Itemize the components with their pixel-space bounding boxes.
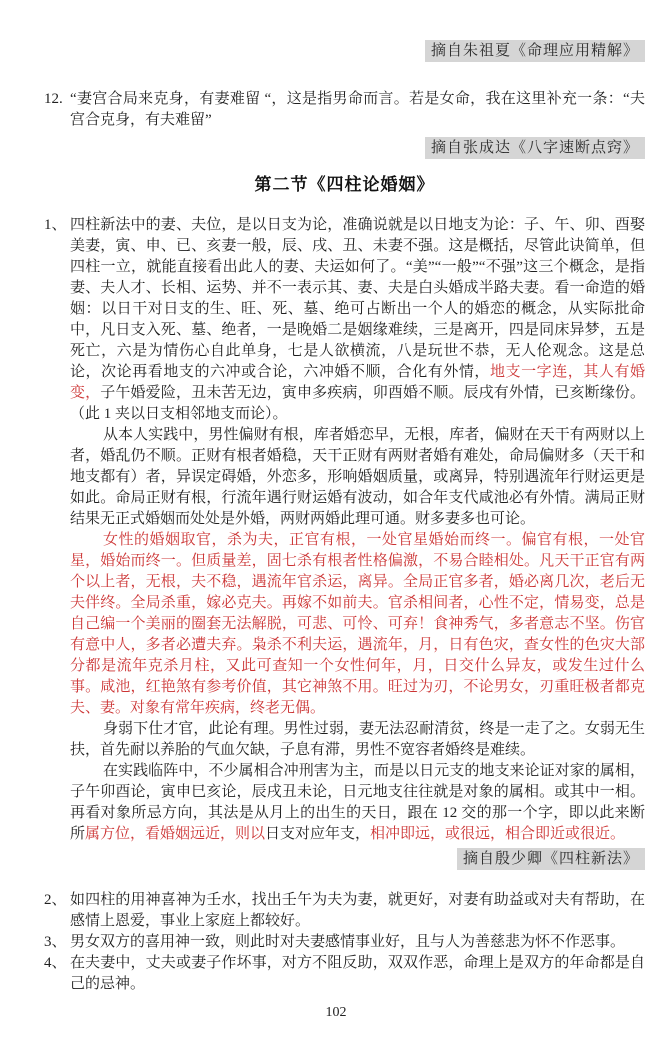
attribution-source-zhang-chengda: 摘自张成达《八字速断点窍》 [425,137,645,159]
document-page: 摘自朱祖夏《命理应用精解》 12. “妻宫合局来克身，有妻难留 “，这是指男命而… [0,0,672,1039]
item-2-text: 如四柱的用神喜神为壬水，找出壬午为夫为妻，就更好，对妻有助益或对夫有帮助，在感情… [70,890,645,932]
item-3-number: 3、 [44,932,70,953]
item-12-text: “妻宫合局来克身，有妻难留 “，这是指男命而言。若是女命，我在这里补充一条：“夫… [70,89,645,131]
list-item-2: 2、 如四柱的用神喜神为壬水，找出壬午为夫为妻，就更好，对妻有助益或对夫有帮助，… [44,890,645,932]
item-1-number: 1、 [44,215,70,236]
item-1-body: 四柱新法中的妻、夫位，是以日支为论，准确说就是以日地支为论：子、午、卯、酉娶美妻… [70,215,645,845]
item-3-text: 男女双方的喜用神一致，则此时对夫妻感情事业好，且与人为善慈悲为怀不作恶事。 [70,932,645,953]
item-4-number: 4、 [44,953,70,974]
text-segment-red: 相冲即远，或很远，相合即近或很近。 [370,826,625,842]
paragraph-zodiac-direction: 在实践临阵中，不少属相合冲刑害为主，而是以日元支的地支来论证对家的属相，子午卯酉… [70,761,645,845]
attribution-row-2: 摘自张成达《八字速断点窍》 [44,137,645,159]
item-12-number: 12. [44,89,70,110]
list-item-12: 12. “妻宫合局来克身，有妻难留 “，这是指男命而言。若是女命，我在这里补充一… [44,89,645,131]
attribution-source-zhu-zuxia: 摘自朱祖夏《命理应用精解》 [425,40,645,62]
text-segment: 四柱新法中的妻、夫位，是以日支为论，准确说就是以日地支为论：子、午、卯、酉娶美妻… [70,217,645,380]
text-segment: 日支对应年支， [265,826,370,842]
section-heading: 第二节《四柱论婚姻》 [44,173,645,197]
text-segment-red: 属方位，看婚姻远近，则以 [85,826,265,842]
attribution-row-1: 摘自朱祖夏《命理应用精解》 [44,40,645,62]
paragraph-weak-day-master: 身弱下仕才官，此论有理。男性过弱，妻无法忍耐清贫，终是一走了之。女弱无生扶，首先… [70,719,645,761]
attribution-row-3: 摘自殷少卿《四柱新法》 [44,848,645,870]
paragraph-marriage-overview: 四柱新法中的妻、夫位，是以日支为论，准确说就是以日地支为论：子、午、卯、酉娶美妻… [70,215,645,425]
item-4-text: 在夫妻中，丈夫或妻子作坏事，对方不阻反助，双双作恶，命理上是双方的年命都是自己的… [70,953,645,995]
list-item-4: 4、 在夫妻中，丈夫或妻子作坏事，对方不阻反助，双双作恶，命理上是双方的年命都是… [44,953,645,995]
paragraph-female-officer-star: 女性的婚姻取官，杀为夫，正官有根，一处官星婚始而终一。偏官有根，一处官星，婚始而… [70,530,645,719]
item-2-number: 2、 [44,890,70,911]
paragraph-male-wealth-star: 从本人实践中，男性偏财有根，库者婚恋早，无根，库者，偏财在天干有两财以上者，婚乱… [70,425,645,530]
attribution-source-yin-shaoqing: 摘自殷少卿《四柱新法》 [457,848,645,870]
list-item-1: 1、 四柱新法中的妻、夫位，是以日支为论，准确说就是以日地支为论：子、午、卯、酉… [44,215,645,845]
list-item-3: 3、 男女双方的喜用神一致，则此时对夫妻感情事业好，且与人为善慈悲为怀不作恶事。 [44,932,645,953]
page-number: 102 [0,1002,672,1023]
text-segment: 子午婚爱险，丑未苦无边，寅申多疾病，卯酉婚不顺。辰戌有外情，已亥断缘份。（此 1… [70,385,645,422]
